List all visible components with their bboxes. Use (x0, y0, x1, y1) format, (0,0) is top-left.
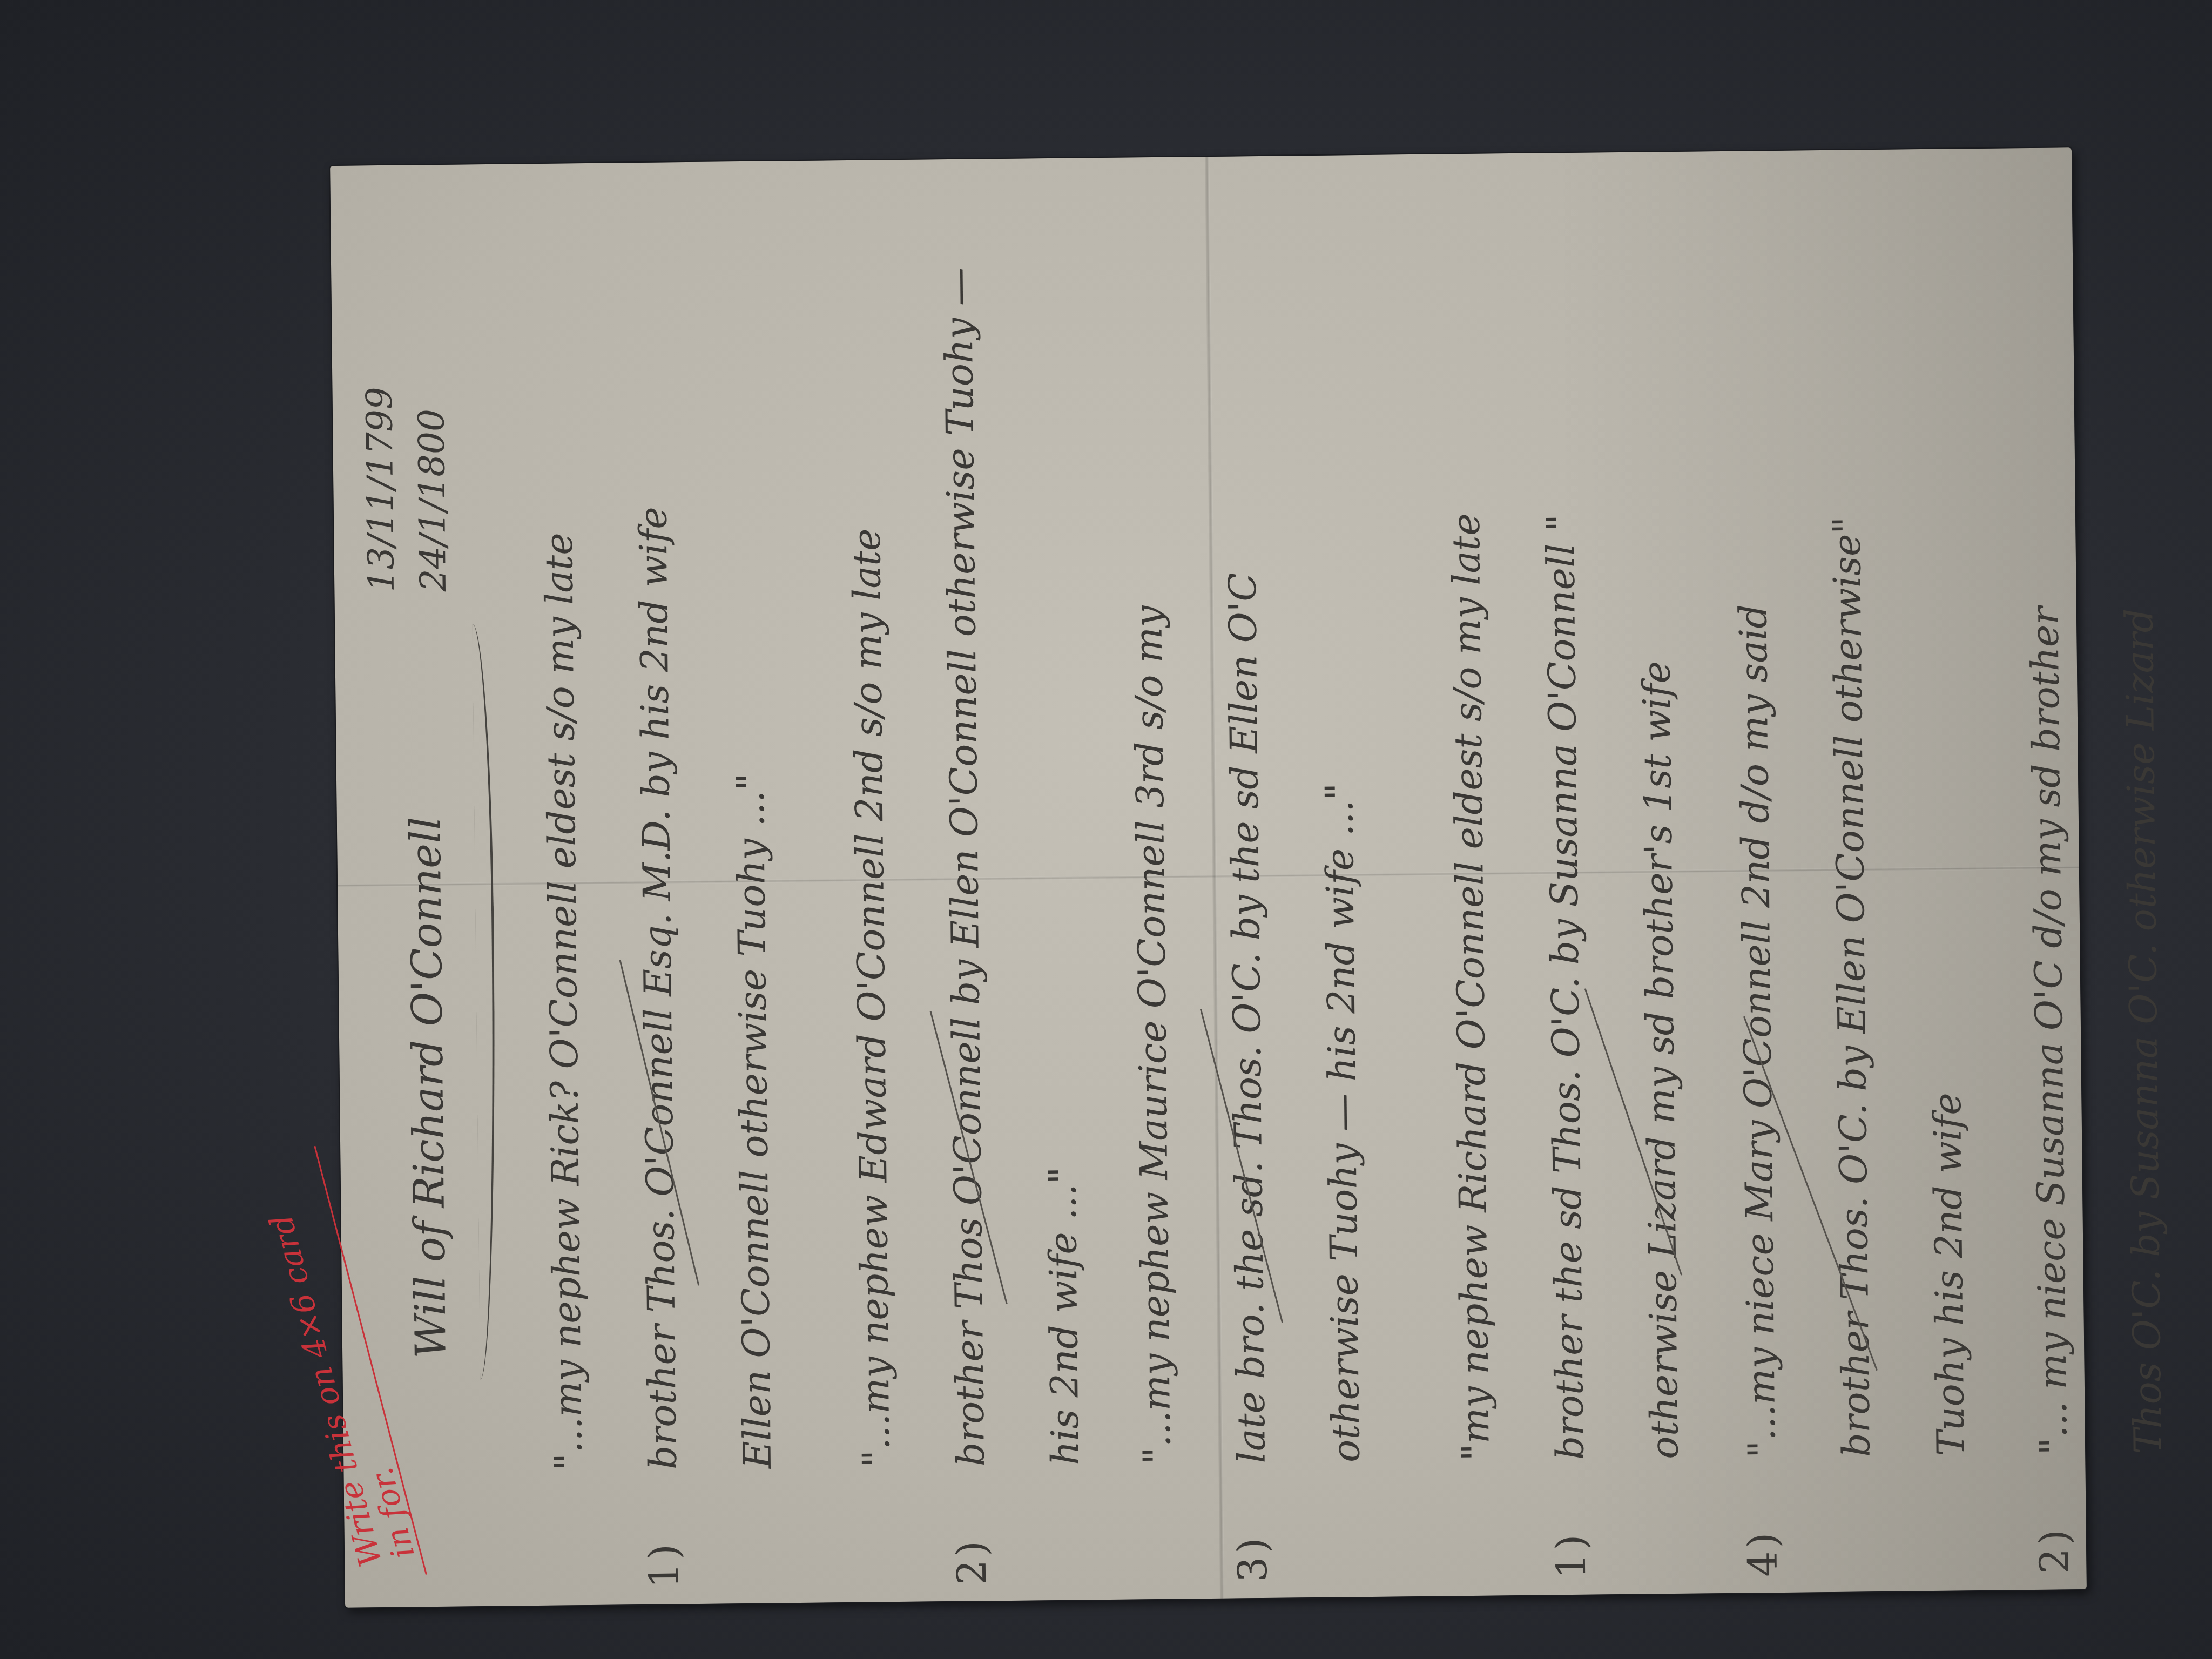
entry-number: 3 (1205, 1537, 1300, 1583)
entry-number: 4 (1716, 1532, 1811, 1577)
entry-line: Thos O'C. by Susanna O'C. otherwise Liza… (2092, 605, 2195, 1455)
entry-line: "...my nephew Edward O'Connell 2nd s/o m… (817, 268, 924, 1468)
entry-number: 2 (925, 1540, 1020, 1586)
entry-line: "... my niece Susanna O'C d/o my sd brot… (1998, 606, 2101, 1455)
entry-line: otherwise Lizard my sd brother's 1st wif… (1608, 511, 1712, 1460)
entry-line: brother the sd Thos. O'C. by Susanna O'C… (1513, 512, 1617, 1461)
entry-number: 1 (1524, 1534, 1619, 1580)
date-will: 13/11/1799 (354, 387, 408, 592)
date-block: 13/11/1799 24/1/1800 (354, 386, 460, 592)
entry-number: 2 (2007, 1529, 2102, 1574)
red-annotation: Write this on 4×6 card in for. (264, 1203, 420, 1570)
entry-number: 1 (617, 1543, 712, 1589)
handwritten-content: Write this on 4×6 card in for. Will of R… (330, 148, 2087, 1608)
entry-line: otherwise Tuohy — his 2nd wife ..." (1290, 571, 1394, 1462)
entry-line: late bro. the sd. Thos. O'C. by the sd E… (1196, 572, 1299, 1464)
entry-line: his 2nd wife ..." (1006, 267, 1113, 1466)
entry-line: brother Thos. O'Connell Esq. M.D. by his… (606, 506, 711, 1470)
entry-line: "...my nephew Maurice O'Connell 3rd s/o … (1101, 573, 1205, 1465)
entry-line: brother Thos. O'C. by Ellen O'Connell ot… (1800, 516, 1904, 1458)
title-underline (473, 623, 499, 1379)
entry-line: "...my nephew Rick? O'Connell eldest s/o… (511, 507, 616, 1471)
entry-line: Ellen O'Connell otherwise Tuohy ..." (700, 505, 805, 1469)
date-probate: 24/1/1800 (406, 386, 460, 592)
document-title: Will of Richard O'Connell (401, 816, 456, 1359)
entry-line: "my nephew Richard O'Connell eldest s/o … (1419, 512, 1523, 1461)
entry-line: "...my niece Mary O'Connell 2nd d/o my s… (1705, 517, 1810, 1458)
document-sheet: Write this on 4×6 card in for. Will of R… (330, 147, 2087, 1608)
entry-line: Tuohy his 2nd wife (1894, 515, 1999, 1456)
